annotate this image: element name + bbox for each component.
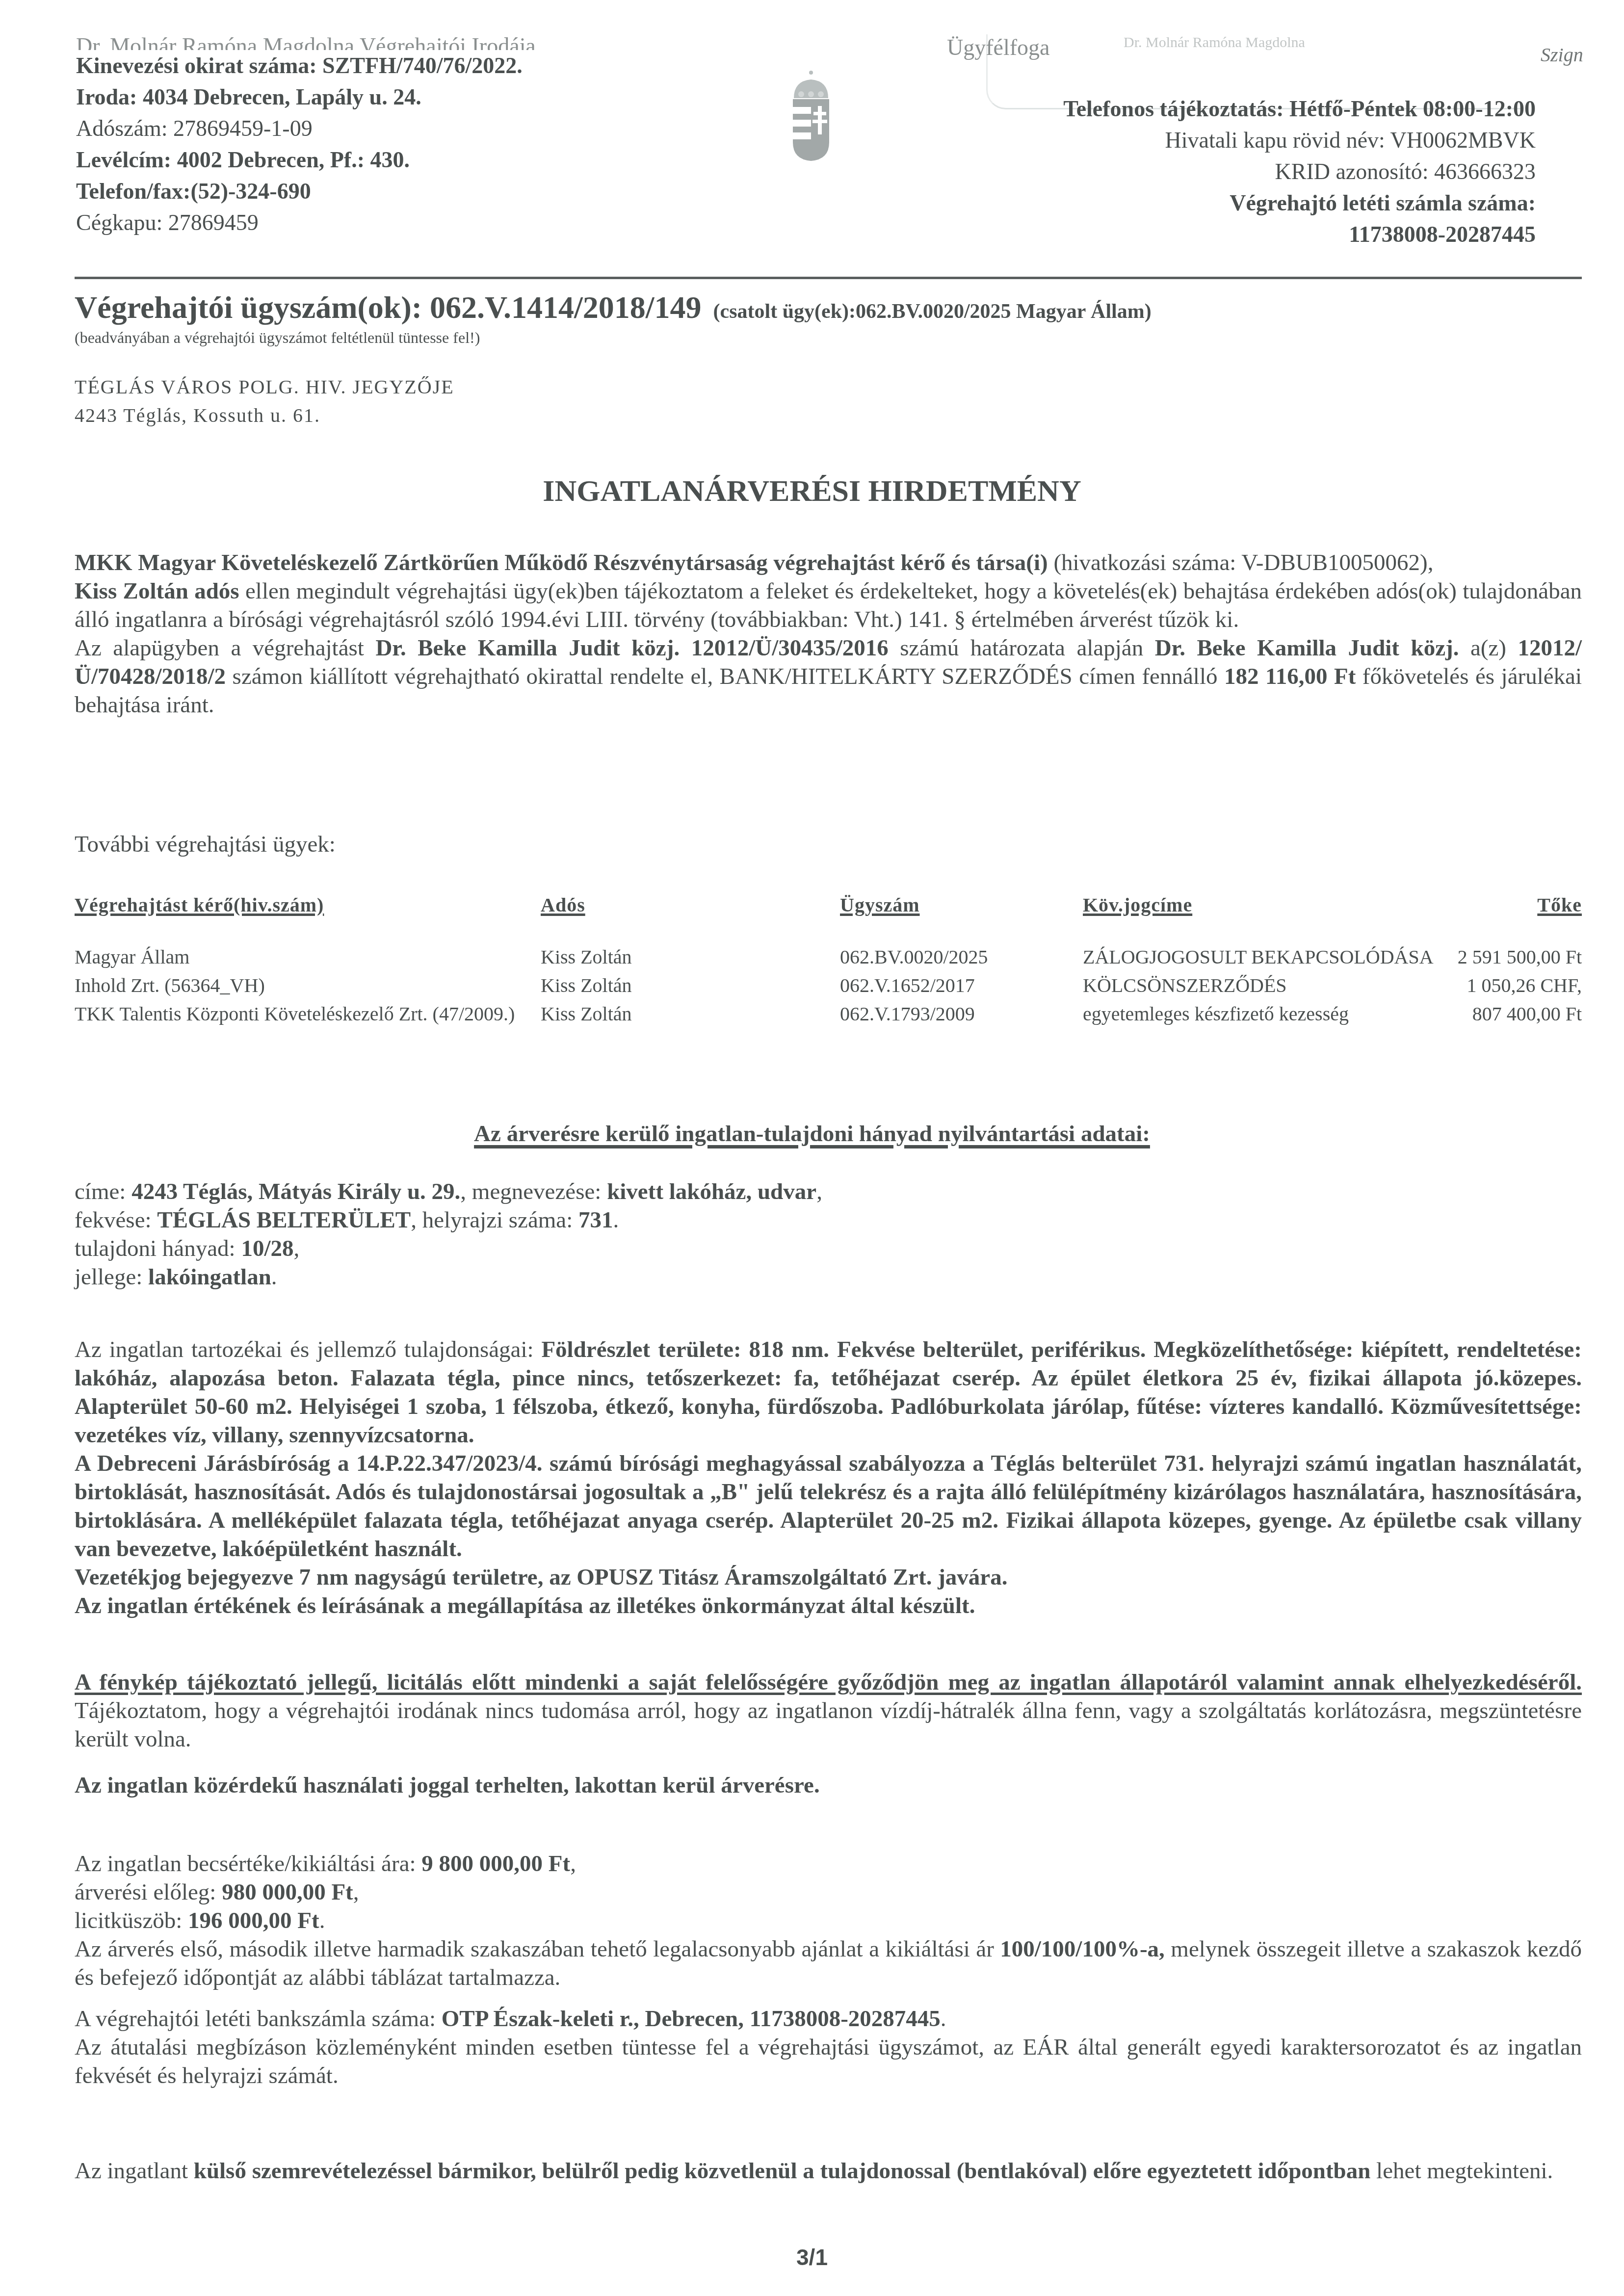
inspection-terms: külső szemrevételezéssel bármikor, belül… [194,2158,1371,2184]
label: fekvése: [75,1207,157,1233]
column-header-text: Adós [541,894,585,916]
table-cell: Kiss Zoltán [541,1000,840,1028]
column-header: Köv.jogcíme [1083,891,1439,943]
desc-lead: Az ingatlan tartozékai és jellemző tulaj… [75,1337,541,1362]
recipient-address: 4243 Téglás, Kossuth u. 61. [75,401,454,430]
intro-text: ellen megindult végrehajtási ügy(ek)ben … [75,578,1582,632]
column-header: Ügyszám [840,891,1083,943]
basis-text: a(z) [1459,635,1518,661]
property-address: 4243 Téglás, Mátyás Király u. 29. [131,1179,460,1204]
coat-of-arms-icon [784,69,838,162]
label: jellege: [75,1264,148,1290]
basis-text: számú határozata alapján [889,635,1155,661]
header-divider [75,277,1582,279]
court-order: A Debreceni Járásbíróság a 14.P.22.347/2… [75,1451,1582,1562]
auction-stages: Az árverés első, második illetve harmadi… [75,1935,1582,1992]
table-cell: ZÁLOGJOGOSULT BEKAPCSOLÓDÁSA [1083,943,1439,971]
property-name: kivett lakóház, udvar [607,1179,816,1204]
escrow-label: Végrehajtó letéti számla száma: [1063,187,1536,219]
appointment-number: Kinevezési okirat száma: SZTFH/740/76/20… [76,50,536,81]
inspection-note: Az ingatlant külső szemrevételezéssel bá… [75,2157,1582,2185]
ownership-share: 10/28 [241,1236,293,1261]
photo-notice: A fénykép tájékoztató jellegű, licitálás… [75,1668,1582,1753]
label: tulajdoni hányad: [75,1236,241,1261]
case-number: Végrehajtói ügyszám(ok): 062.V.1414/2018… [75,290,702,325]
inspection-text: lehet megtekinteni. [1370,2158,1553,2184]
photo-disclaimer: A fénykép tájékoztató jellegű, licitálás… [75,1670,1582,1695]
table-cell: egyetemleges készfizető kezesség [1083,1000,1439,1028]
stamp-name: Dr. Molnár Ramóna Magdolna [1124,34,1305,51]
property-location: TÉGLÁS BELTERÜLET [157,1207,411,1233]
valuation-note: Az ingatlan értékének és leírásának a me… [75,1593,975,1618]
office-gate: Hivatali kapu rövid név: VH0062MBVK [1063,125,1536,156]
decision-ref: 12012/Ü/30435/2016 [691,635,889,661]
table-cell: 062.V.1793/2009 [840,1000,1083,1028]
phone-hours: Telefonos tájékoztatás: Hétfő-Péntek 08:… [1063,93,1536,125]
office-name: Dr. Molnár Ramóna Magdolna Végrehajtói I… [76,30,536,50]
starting-price: 9 800 000,00 Ft [421,1851,570,1877]
bid-increment: 196 000,00 Ft [188,1908,319,1933]
creditor: MKK Magyar Követeléskezelő Zártkörűen Mű… [75,550,1048,575]
basis-text: Az alapügyben a végrehajtást [75,635,375,661]
column-header: Tőke [1439,891,1582,943]
company-gate: Cégkapu: 27869459 [76,207,536,238]
document-title: INGATLANÁRVERÉSI HIRDETMÉNY [0,474,1624,509]
column-header-text: Tőke [1537,894,1582,916]
minimum-bid-pct: 100/100/100%-a, [1000,1936,1165,1962]
table-cell: Kiss Zoltán [541,943,840,971]
table-row: Inhold Zrt. (56364_VH)Kiss Zoltán062.V.1… [75,971,1582,1000]
column-header-text: Ügyszám [840,894,920,916]
column-header: Adós [541,891,840,943]
table-cell: Kiss Zoltán [541,971,840,1000]
lot-number: 731 [578,1207,613,1233]
transfer-note: Az átutalási megbízáson közleményként mi… [75,2033,1582,2090]
label: , megnevezése: [460,1179,607,1204]
escrow-account: 11738008-20287445 [1063,219,1536,250]
recipient: TÉGLÁS VÁROS POLG. HIV. JEGYZŐJE 4243 Té… [75,373,454,430]
column-header-text: Köv.jogcíme [1083,894,1192,916]
case-note: (beadványában a végrehajtói ügyszámot fe… [75,329,480,347]
stages-text: Az árverés első, második illetve harmadi… [75,1936,1000,1962]
notary: Dr. Beke Kamilla Judit közj. [375,635,680,661]
claim-amount: 182 116,00 Ft [1224,664,1356,689]
label: Az ingatlan becsértéke/kikiáltási ára: [75,1851,421,1877]
table-cell: TKK Talentis Központi Követeléskezelő Zr… [75,1000,541,1028]
office-header: Dr. Molnár Ramóna Magdolna Végrehajtói I… [76,30,536,238]
debtor: Kiss Zoltán adós [75,578,239,604]
table-cell: 062.V.1652/2017 [840,971,1083,1000]
occupancy-notice: Az ingatlan közérdekű használati joggal … [75,1771,820,1800]
bank-account-line: A végrehajtói letéti bankszámla száma: O… [75,2005,946,2033]
bank-account: OTP Észak-keleti r., Debrecen, 11738008-… [442,2006,941,2032]
table-cell: Magyar Állam [75,943,541,971]
other-cases-table: Végrehajtást kérő(hiv.szám)AdósÜgyszámKö… [75,891,1582,1028]
tax-number: Adószám: 27869459-1-09 [76,113,536,144]
auction-deposit: 980 000,00 Ft [222,1879,353,1905]
table-cell: 807 400,00 Ft [1439,1000,1582,1028]
column-header: Végrehajtást kérő(hiv.szám) [75,891,541,943]
table-cell: 062.BV.0020/2025 [840,943,1083,971]
label: árverési előleg: [75,1879,222,1905]
property-description: Az ingatlan tartozékai és jellemző tulaj… [75,1335,1582,1620]
pricing: Az ingatlan becsértéke/kikiáltási ára: 9… [75,1850,576,1935]
label: A végrehajtói letéti bankszámla száma: [75,2006,442,2032]
table-cell: 1 050,26 CHF, [1439,971,1582,1000]
property-section-heading: Az árverésre kerülő ingatlan-tulajdoni h… [0,1121,1624,1147]
easement: Vezetékjog bejegyezve 7 nm nagyságú terü… [75,1565,1007,1590]
property-data: címe: 4243 Téglás, Mátyás Király u. 29.,… [75,1177,822,1291]
table-cell: KÖLCSÖNSZERZŐDÉS [1083,971,1439,1000]
krid-id: KRID azonosító: 463666323 [1063,156,1536,187]
basis-text [680,635,691,661]
label: licitküszöb: [75,1908,188,1933]
table-cell: Inhold Zrt. (56364_VH) [75,971,541,1000]
inspection-text: Az ingatlant [75,2158,194,2184]
basis-text: számon kiállított végrehajtható okiratta… [226,664,1224,689]
property-type: lakóingatlan [148,1264,271,1290]
stamp-label: Ügyfélfoga [947,34,1049,60]
label: , helyrajzi száma: [411,1207,578,1233]
other-cases-heading: További végrehajtási ügyek: [75,830,336,859]
phone-fax: Telefon/fax:(52)-324-690 [76,176,536,207]
notary: Dr. Beke Kamilla Judit közj. [1155,635,1459,661]
utility-notice: Tájékoztatom, hogy a végrehajtói irodána… [75,1698,1582,1752]
page-number: 3/1 [0,2244,1624,2270]
table-row: Magyar ÁllamKiss Zoltán062.BV.0020/2025Z… [75,943,1582,971]
table-cell: 2 591 500,00 Ft [1439,943,1582,971]
mail-address: Levélcím: 4002 Debrecen, Pf.: 430. [76,144,536,176]
intro-paragraph: MKK Magyar Követeléskezelő Zártkörűen Mű… [75,548,1582,719]
case-number-line: Végrehajtói ügyszám(ok): 062.V.1414/2018… [75,289,1152,326]
label: címe: [75,1179,131,1204]
section-heading-text: Az árverésre kerülő ingatlan-tulajdoni h… [474,1121,1150,1147]
creditor-ref: (hivatkozási száma: V-DBUB10050062), [1048,550,1434,575]
column-header-text: Végrehajtást kérő(hiv.szám) [75,894,324,916]
recipient-name: TÉGLÁS VÁROS POLG. HIV. JEGYZŐJE [75,373,454,401]
attached-case: (csatolt ügy(ek):062.BV.0020/2025 Magyar… [713,300,1152,323]
office-address: Iroda: 4034 Debrecen, Lapály u. 24. [76,81,536,113]
signature: Szign [1541,43,1583,66]
table-row: TKK Talentis Központi Követeléskezelő Zr… [75,1000,1582,1028]
contact-header: Telefonos tájékoztatás: Hétfő-Péntek 08:… [1063,93,1536,250]
